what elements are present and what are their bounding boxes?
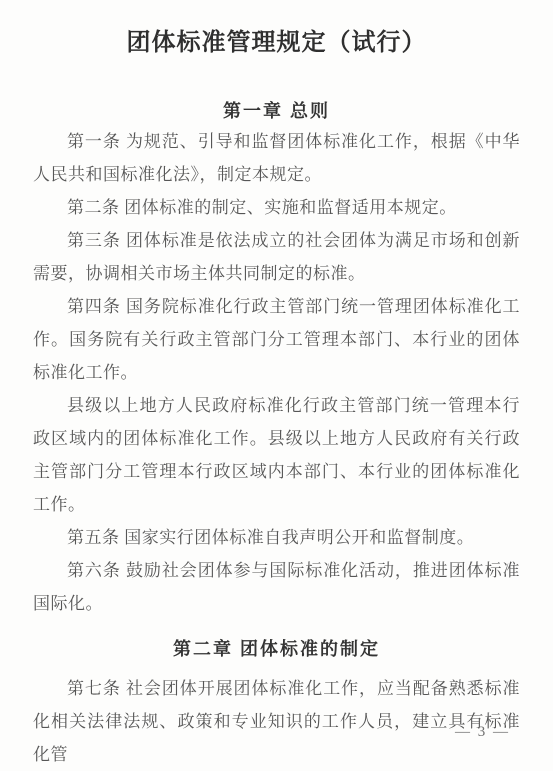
paragraph-article-6: 第六条 鼓励社会团体参与国际标准化活动，推进团体标准国际化。 xyxy=(33,554,520,620)
chapter-2-heading: 第二章 团体标准的制定 xyxy=(0,638,553,660)
document-title: 团体标准管理规定（试行） xyxy=(0,26,553,60)
paragraph-article-3: 第三条 团体标准是依法成立的社会团体为满足市场和创新需要，协调相关市场主体共同制… xyxy=(33,224,520,290)
paragraph-article-5: 第五条 国家实行团体标准自我声明公开和监督制度。 xyxy=(33,521,520,554)
chapter-standard-development: 第二章 团体标准的制定 第七条 社会团体开展团体标准化工作，应当配备熟悉标准化相… xyxy=(0,638,553,771)
chapter-1-heading: 第一章 总则 xyxy=(0,100,553,122)
paragraph-article-4-continued: 县级以上地方人民政府标准化行政主管部门统一管理本行政区域内的团体标准化工作。县级… xyxy=(33,389,520,521)
paragraph-article-7: 第七条 社会团体开展团体标准化工作，应当配备熟悉标准化相关法律法规、政策和专业知… xyxy=(33,672,520,771)
document-page: 团体标准管理规定（试行） 第一章 总则 第一条 为规范、引导和监督团体标准化工作… xyxy=(0,0,553,771)
paragraph-article-1: 第一条 为规范、引导和监督团体标准化工作，根据《中华人民共和国标准化法》，制定本… xyxy=(33,125,520,191)
paragraph-article-4: 第四条 国务院标准化行政主管部门统一管理团体标准化工作。国务院有关行政主管部门分… xyxy=(33,290,520,389)
chapter-2-body: 第七条 社会团体开展团体标准化工作，应当配备熟悉标准化相关法律法规、政策和专业知… xyxy=(33,672,520,771)
chapter-general-provisions: 第一章 总则 第一条 为规范、引导和监督团体标准化工作，根据《中华人民共和国标准… xyxy=(0,100,553,620)
paragraph-article-2: 第二条 团体标准的制定、实施和监督适用本规定。 xyxy=(33,191,520,224)
page-number: — 3 — xyxy=(455,724,510,741)
chapter-1-body: 第一条 为规范、引导和监督团体标准化工作，根据《中华人民共和国标准化法》，制定本… xyxy=(33,125,520,620)
